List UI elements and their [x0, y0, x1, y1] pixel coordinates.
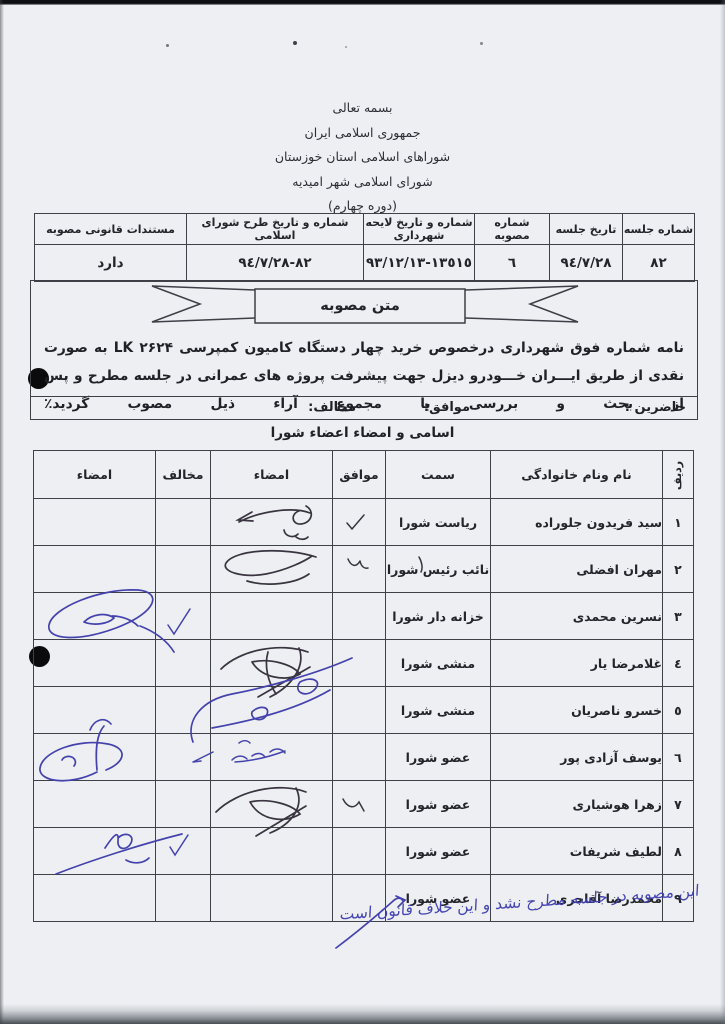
agree-mark-cell — [333, 828, 386, 875]
member-position: خزانه دار شورا — [386, 593, 491, 640]
member-name: مهران افضلی — [491, 546, 663, 593]
signature-agree-cell — [211, 499, 333, 546]
signature-oppose-cell — [34, 781, 156, 828]
member-name: یوسف آزادی پور — [491, 734, 663, 781]
meta-value-row: ٨٢ ٩٤/٧/٢٨ ٦ ٩٣/١٢/١٣-١٣٥١٥ ٩٤/٧/٢٨-٨٢ د… — [35, 245, 695, 282]
col-oppose: مخالف — [156, 451, 211, 499]
resolution-body-text: نامه شماره فوق شهرداری درخصوص خرید چهار … — [44, 334, 684, 392]
ribbon-tail-right — [465, 286, 578, 322]
member-row-3: ٣ نسرین محمدی خزانه دار شورا — [34, 593, 694, 640]
signature-agree-cell — [211, 546, 333, 593]
agree-mark-cell — [333, 499, 386, 546]
meta-plan-no-date-value: ٩٤/٧/٢٨-٨٢ — [238, 255, 311, 271]
member-row-2: ٢ مهران افضلی نائب رئیس شورا — [34, 546, 694, 593]
scan-edge-top — [0, 0, 725, 5]
letterhead: بسمه تعالی جمهوری اسلامی ایران شوراهای ا… — [0, 96, 725, 219]
member-row-4: ٤ غلامرضا یار منشی شورا — [34, 640, 694, 687]
scan-speck — [480, 42, 483, 45]
col-position: سمت — [386, 451, 491, 499]
col-full-name: نام ونام خانوادگی — [491, 451, 663, 499]
member-row-8: ٨ لطیف شریفات عضو شورا — [34, 828, 694, 875]
resolution-meta-table: شماره جلسه تاریخ جلسه شماره مصوبه شماره … — [34, 213, 695, 282]
agree-mark-cell — [333, 593, 386, 640]
member-position: منشی شورا — [386, 687, 491, 734]
meta-col-bill-no-date: شماره و تاریخ لایحه شهرداری — [364, 214, 475, 245]
member-name: خسرو ناصریان — [491, 687, 663, 734]
ribbon-tail-left — [152, 286, 255, 322]
row-no: ٦ — [663, 734, 694, 781]
member-position: عضو شورا — [386, 734, 491, 781]
members-header-row: ردیف نام ونام خانوادگی سمت موافق امضاء م… — [34, 451, 694, 499]
member-row-7: ٧ زهرا هوشیاری عضو شورا — [34, 781, 694, 828]
agree-mark-cell — [333, 781, 386, 828]
signature-oppose-cell — [34, 640, 156, 687]
oppose-mark-cell — [156, 640, 211, 687]
member-name: سید فریدون جلوراده — [491, 499, 663, 546]
meta-legal-docs: دارد — [35, 245, 187, 282]
oppose-mark-cell — [156, 734, 211, 781]
member-row-6: ٦ یوسف آزادی پور عضو شورا — [34, 734, 694, 781]
letterhead-city-council: شورای اسلامی شهر امیدیه — [0, 170, 725, 195]
row-no: ٤ — [663, 640, 694, 687]
meta-col-legal-docs: مستندات قانونی مصوبه — [35, 214, 187, 245]
letterhead-province-councils: شوراهای اسلامی استان خوزستان — [0, 145, 725, 170]
row-no: ٥ — [663, 687, 694, 734]
scan-edge-bottom — [0, 1004, 725, 1024]
agree-mark-cell — [333, 546, 386, 593]
meta-resolution-no-value: ٦ — [508, 255, 516, 271]
member-position: نائب رئیس شورا — [386, 546, 491, 593]
present-label: حاضرین : — [625, 400, 686, 415]
meta-col-plan-no-date: شماره و تاریخ طرح شورای اسلامی — [187, 214, 364, 245]
signature-oppose-cell — [34, 734, 156, 781]
signature-oppose-cell — [34, 687, 156, 734]
scan-speck — [345, 46, 347, 48]
meta-session-date-value: ٩٤/٧/٢٨ — [560, 255, 611, 271]
member-name: نسرین محمدی — [491, 593, 663, 640]
oppose-mark-cell — [156, 781, 211, 828]
agree-mark-cell — [333, 734, 386, 781]
letterhead-basmala: بسمه تعالی — [0, 96, 725, 121]
col-signature-oppose: امضاء — [34, 451, 156, 499]
oppose-count-label: مخالف: — [308, 400, 356, 415]
signature-oppose-cell — [34, 875, 156, 922]
meta-bill-no-date-value: ٩٣/١٢/١٣-١٣٥١٥ — [366, 255, 472, 271]
letterhead-republic: جمهوری اسلامی ایران — [0, 121, 725, 146]
meta-session-no-value: ٨٢ — [650, 255, 666, 271]
signature-agree-cell — [211, 593, 333, 640]
signature-agree-cell — [211, 781, 333, 828]
row-no: ٨ — [663, 828, 694, 875]
oppose-mark-cell — [156, 499, 211, 546]
banner-title: متن مصوبه — [255, 289, 465, 323]
col-row-no: ردیف — [663, 451, 694, 499]
meta-resolution-no: ٦ — [475, 245, 550, 282]
member-row-1: ١ سید فریدون جلوراده ریاست شورا — [34, 499, 694, 546]
col-signature-agree: امضاء — [211, 451, 333, 499]
scanned-council-resolution-page: بسمه تعالی جمهوری اسلامی ایران شوراهای ا… — [0, 0, 725, 1024]
agree-count-label: موافق: — [424, 400, 470, 415]
col-agree: موافق — [333, 451, 386, 499]
signature-agree-cell — [211, 640, 333, 687]
member-name: غلامرضا یار — [491, 640, 663, 687]
signature-oppose-cell — [34, 593, 156, 640]
oppose-mark-cell — [156, 687, 211, 734]
meta-col-session-date: تاریخ جلسه — [550, 214, 623, 245]
meta-header-row: شماره جلسه تاریخ جلسه شماره مصوبه شماره … — [35, 214, 695, 245]
meta-session-no: ٨٢ — [623, 245, 695, 282]
oppose-mark-cell — [156, 546, 211, 593]
row-no: ١ — [663, 499, 694, 546]
members-section-title: اسامی و امضاء اعضاء شورا — [0, 425, 725, 441]
signature-oppose-cell — [34, 828, 156, 875]
row-no: ٣ — [663, 593, 694, 640]
member-name: زهرا هوشیاری — [491, 781, 663, 828]
meta-session-date: ٩٤/٧/٢٨ — [550, 245, 623, 282]
meta-col-resolution-no: شماره مصوبه — [475, 214, 550, 245]
col-row-no-label: ردیف — [672, 461, 685, 490]
signature-oppose-cell — [34, 499, 156, 546]
oppose-mark-cell — [156, 828, 211, 875]
row-no: ٢ — [663, 546, 694, 593]
member-position: منشی شورا — [386, 640, 491, 687]
meta-col-session-no: شماره جلسه — [623, 214, 695, 245]
member-name: لطیف شریفات — [491, 828, 663, 875]
member-position: ریاست شورا — [386, 499, 491, 546]
oppose-mark-cell — [156, 593, 211, 640]
agree-mark-cell — [333, 687, 386, 734]
meta-bill-no-date: ٩٣/١٢/١٣-١٣٥١٥ — [364, 245, 475, 282]
signature-agree-cell — [211, 828, 333, 875]
signature-agree-cell — [211, 734, 333, 781]
meta-legal-docs-value: دارد — [97, 255, 123, 271]
member-position: عضو شورا — [386, 828, 491, 875]
agree-mark-cell — [333, 640, 386, 687]
scan-speck — [293, 41, 297, 45]
meta-plan-no-date: ٩٤/٧/٢٨-٨٢ — [187, 245, 364, 282]
signature-oppose-cell — [34, 546, 156, 593]
members-table: ردیف نام ونام خانوادگی سمت موافق امضاء م… — [33, 450, 694, 922]
signature-agree-cell — [211, 687, 333, 734]
member-row-5: ٥ خسرو ناصریان منشی شورا — [34, 687, 694, 734]
member-position: عضو شورا — [386, 781, 491, 828]
scan-speck — [166, 44, 169, 47]
row-no: ٧ — [663, 781, 694, 828]
attendance-row: حاضرین : موافق: مخالف: — [30, 396, 698, 421]
